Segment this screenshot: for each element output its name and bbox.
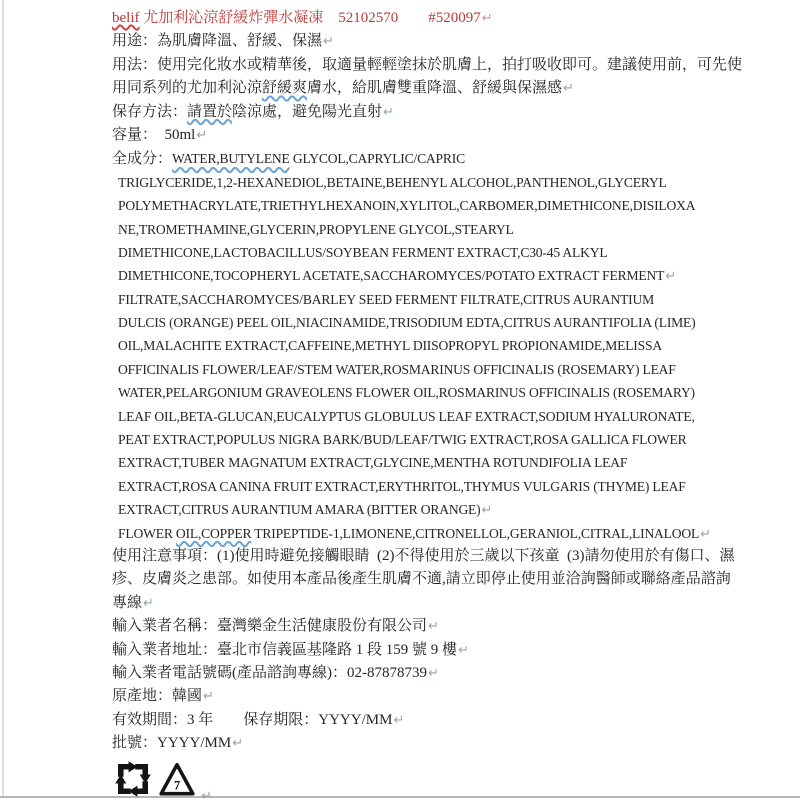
- paragraph-return-mark: ↵: [322, 34, 334, 49]
- paragraph-return-mark: ↵: [142, 596, 154, 611]
- paragraph-return-mark: ↵: [562, 81, 574, 96]
- ingredients-line-17: FLOWER OIL,COPPER TRIPEPTIDE-1,LIMONENE,…: [112, 522, 752, 545]
- spellcheck-underlined-text: belif: [112, 10, 140, 26]
- paragraph-return-mark: ↵: [195, 128, 207, 143]
- text-segment: 尤加利沁涼舒緩炸彈水凝凍 52102570 #520097: [140, 10, 481, 26]
- text-segment: 輸入業者電話號碼(產品諮詢專線)：02-87878739: [112, 665, 427, 681]
- purpose-line: 用途：為肌膚降溫、舒緩、保濕↵: [112, 30, 752, 53]
- text-segment: 膚水，給肌膚雙重降溫、舒緩與保濕感: [307, 80, 562, 96]
- document-page: belif 尤加利沁涼舒緩炸彈水凝凍 52102570 #520097↵用途：為…: [112, 7, 752, 800]
- ingredients-line-13: PEAT EXTRACT,POPULUS NIGRA BARK/BUD/LEAF…: [112, 428, 752, 451]
- caution-line-1: 使用注意事項：(1)使用時避免接觸眼睛 (2)不得使用於三歲以下孩童 (3)請勿…: [112, 545, 752, 568]
- text-segment: DULCIS (ORANGE) PEEL OIL,NIACINAMIDE,TRI…: [118, 315, 696, 330]
- text-segment: TRIPEPTIDE-1,LIMONENE,CITRONELLOL,GERANI…: [251, 526, 699, 541]
- paragraph-return-mark: ↵: [481, 503, 493, 518]
- ingredients-line-6: DIMETHICONE,TOCOPHERYL ACETATE,SACCHAROM…: [112, 264, 752, 287]
- shelf-life-line: 有效期間：3 年 保存期限：YYYY/MM↵: [112, 709, 752, 732]
- text-segment: POLYMETHACRYLATE,TRIETHYLHEXANOIN,XYLITO…: [118, 198, 695, 213]
- text-segment: EXTRACT,TUBER MAGNATUM EXTRACT,GLYCINE,M…: [118, 455, 627, 470]
- text-segment: EXTRACT,CITRUS AURANTIUM AMARA (BITTER O…: [118, 502, 481, 517]
- text-segment: 用法：使用完化妝水或精華後，取適量輕輕塗抹於肌膚上，拍打吸收即可。建議使用前，可…: [112, 57, 742, 73]
- plastic-code-number: 7: [174, 778, 181, 792]
- text-segment: TRIGLYCERIDE,1,2-HEXANEDIOL,BETAINE,BEHE…: [118, 175, 667, 190]
- ingredients-line-10: OFFICINALIS FLOWER/LEAF/STEM WATER,ROSMA…: [112, 358, 752, 381]
- text-segment: 用途：為肌膚降溫、舒緩、保濕: [112, 33, 322, 49]
- text-segment: FILTRATE,SACCHAROMYCES/BARLEY SEED FERME…: [118, 292, 654, 307]
- document-lines: belif 尤加利沁涼舒緩炸彈水凝凍 52102570 #520097↵用途：為…: [112, 7, 752, 756]
- recycling-icons-row: 7 ↵: [112, 762, 752, 800]
- text-segment: 全成分：: [112, 151, 172, 167]
- text-segment: OFFICINALIS FLOWER/LEAF/STEM WATER,ROSMA…: [118, 362, 676, 377]
- paragraph-return-mark: ↵: [200, 789, 212, 800]
- paragraph-return-mark: ↵: [427, 666, 439, 681]
- importer-address-line: 輸入業者地址：臺北市信義區基隆路 1 段 159 號 9 樓↵: [112, 639, 752, 662]
- text-segment: 保存方法：: [112, 104, 187, 120]
- volume-line: 容量： 50ml↵: [112, 124, 752, 147]
- caution-line-2: 疹、皮膚炎之患部。如使用本產品後產生肌膚不適,請立即停止使用並洽詢醫師或聯絡產品…: [112, 568, 752, 591]
- usage-line-2: 用同系列的尤加利沁涼舒緩爽膚水，給肌膚雙重降溫、舒緩與保濕感↵: [112, 77, 752, 100]
- ingredients-line-1: 全成分：WATER,BUTYLENE GLYCOL,CAPRYLIC/CAPRI…: [112, 147, 752, 170]
- batch-line: 批號：YYYY/MM↵: [112, 732, 752, 755]
- text-segment: NE,TROMETHAMINE,GLYCERIN,PROPYLENE GLYCO…: [118, 222, 514, 237]
- paragraph-return-mark: ↵: [382, 105, 394, 120]
- paragraph-return-mark: ↵: [202, 689, 214, 704]
- text-segment: DIMETHICONE,LACTOBACILLUS/SOYBEAN FERMEN…: [118, 245, 607, 260]
- paragraph-return-mark: ↵: [699, 527, 711, 542]
- text-segment: 使用注意事項：(1)使用時避免接觸眼睛 (2)不得使用於三歲以下孩童 (3)請勿…: [112, 548, 734, 564]
- ingredients-line-14: EXTRACT,TUBER MAGNATUM EXTRACT,GLYCINE,M…: [112, 451, 752, 474]
- product-title-line: belif 尤加利沁涼舒緩炸彈水凝凍 52102570 #520097↵: [112, 7, 752, 30]
- ingredients-line-11: WATER,PELARGONIUM GRAVEOLENS FLOWER OIL,…: [112, 381, 752, 404]
- ingredients-line-15: EXTRACT,ROSA CANINA FRUIT EXTRACT,ERYTHR…: [112, 475, 752, 498]
- text-segment: EXTRACT,ROSA CANINA FRUIT EXTRACT,ERYTHR…: [118, 479, 686, 494]
- text-segment: 疹、皮膚炎之患部。如使用本產品後產生肌膚不適,請立即停止使用並洽詢醫師或聯絡產品…: [112, 571, 731, 587]
- spellcheck-underlined-text: 舒緩爽: [262, 80, 307, 96]
- text-segment: OIL,MALACHITE EXTRACT,CAFFEINE,METHYL DI…: [118, 338, 662, 353]
- taiwan-recycling-icon: [112, 759, 154, 800]
- ingredients-line-16: EXTRACT,CITRUS AURANTIUM AMARA (BITTER O…: [112, 498, 752, 521]
- plastic-7-recycling-icon: 7: [158, 761, 196, 800]
- usage-line-1: 用法：使用完化妝水或精華後，取適量輕輕塗抹於肌膚上，拍打吸收即可。建議使用前，可…: [112, 54, 752, 77]
- ingredients-line-7: FILTRATE,SACCHAROMYCES/BARLEY SEED FERME…: [112, 288, 752, 311]
- spellcheck-underlined-text: 請置於: [187, 104, 232, 120]
- text-segment: 輸入業者名稱：臺灣樂金生活健康股份有限公司: [112, 618, 427, 634]
- ingredients-line-5: DIMETHICONE,LACTOBACILLUS/SOYBEAN FERMEN…: [112, 241, 752, 264]
- text-segment: 輸入業者地址：臺北市信義區基隆路 1 段 159 號 9 樓: [112, 642, 457, 658]
- text-segment: FLOWER: [118, 526, 176, 541]
- text-segment: WATER,PELARGONIUM GRAVEOLENS FLOWER OIL,…: [118, 385, 695, 400]
- paragraph-return-mark: ↵: [231, 736, 243, 751]
- text-segment: PEAT EXTRACT,POPULUS NIGRA BARK/BUD/LEAF…: [118, 432, 686, 447]
- text-segment: 用同系列的尤加利沁涼: [112, 80, 262, 96]
- page-left-edge: [2, 0, 4, 797]
- ingredients-line-4: NE,TROMETHAMINE,GLYCERIN,PROPYLENE GLYCO…: [112, 218, 752, 241]
- importer-phone-line: 輸入業者電話號碼(產品諮詢專線)：02-87878739↵: [112, 662, 752, 685]
- text-segment: 原產地：韓國: [112, 688, 202, 704]
- text-segment: DIMETHICONE,TOCOPHERYL ACETATE,SACCHAROM…: [118, 268, 664, 283]
- paragraph-return-mark: ↵: [481, 11, 493, 26]
- text-segment: 有效期間：3 年 保存期限：YYYY/MM: [112, 712, 392, 728]
- paragraph-return-mark: ↵: [664, 269, 676, 284]
- ingredients-line-12: LEAF OIL,BETA-GLUCAN,EUCALYPTUS GLOBULUS…: [112, 405, 752, 428]
- ingredients-line-9: OIL,MALACHITE EXTRACT,CAFFEINE,METHYL DI…: [112, 334, 752, 357]
- storage-line: 保存方法：請置於陰涼處，避免陽光直射↵: [112, 101, 752, 124]
- text-segment: 專線: [112, 595, 142, 611]
- origin-line: 原產地：韓國↵: [112, 685, 752, 708]
- text-segment: 批號：YYYY/MM: [112, 735, 231, 751]
- paragraph-return-mark: ↵: [427, 619, 439, 634]
- importer-name-line: 輸入業者名稱：臺灣樂金生活健康股份有限公司↵: [112, 615, 752, 638]
- paragraph-return-mark: ↵: [392, 713, 404, 728]
- paragraph-return-mark: ↵: [457, 643, 469, 658]
- ingredients-line-8: DULCIS (ORANGE) PEEL OIL,NIACINAMIDE,TRI…: [112, 311, 752, 334]
- caution-line-3: 專線↵: [112, 592, 752, 615]
- ingredients-line-2: TRIGLYCERIDE,1,2-HEXANEDIOL,BETAINE,BEHE…: [112, 171, 752, 194]
- text-segment: 容量： 50ml: [112, 127, 195, 143]
- text-segment: LEAF OIL,BETA-GLUCAN,EUCALYPTUS GLOBULUS…: [118, 409, 695, 424]
- text-segment: 陰涼處，避免陽光直射: [232, 104, 382, 120]
- spellcheck-underlined-text: WATER,BUTYLENE: [172, 151, 290, 166]
- spellcheck-underlined-text: OIL,COPPER: [176, 526, 251, 541]
- text-segment: GLYCOL,CAPRYLIC/CAPRIC: [290, 151, 465, 166]
- ingredients-line-3: POLYMETHACRYLATE,TRIETHYLHEXANOIN,XYLITO…: [112, 194, 752, 217]
